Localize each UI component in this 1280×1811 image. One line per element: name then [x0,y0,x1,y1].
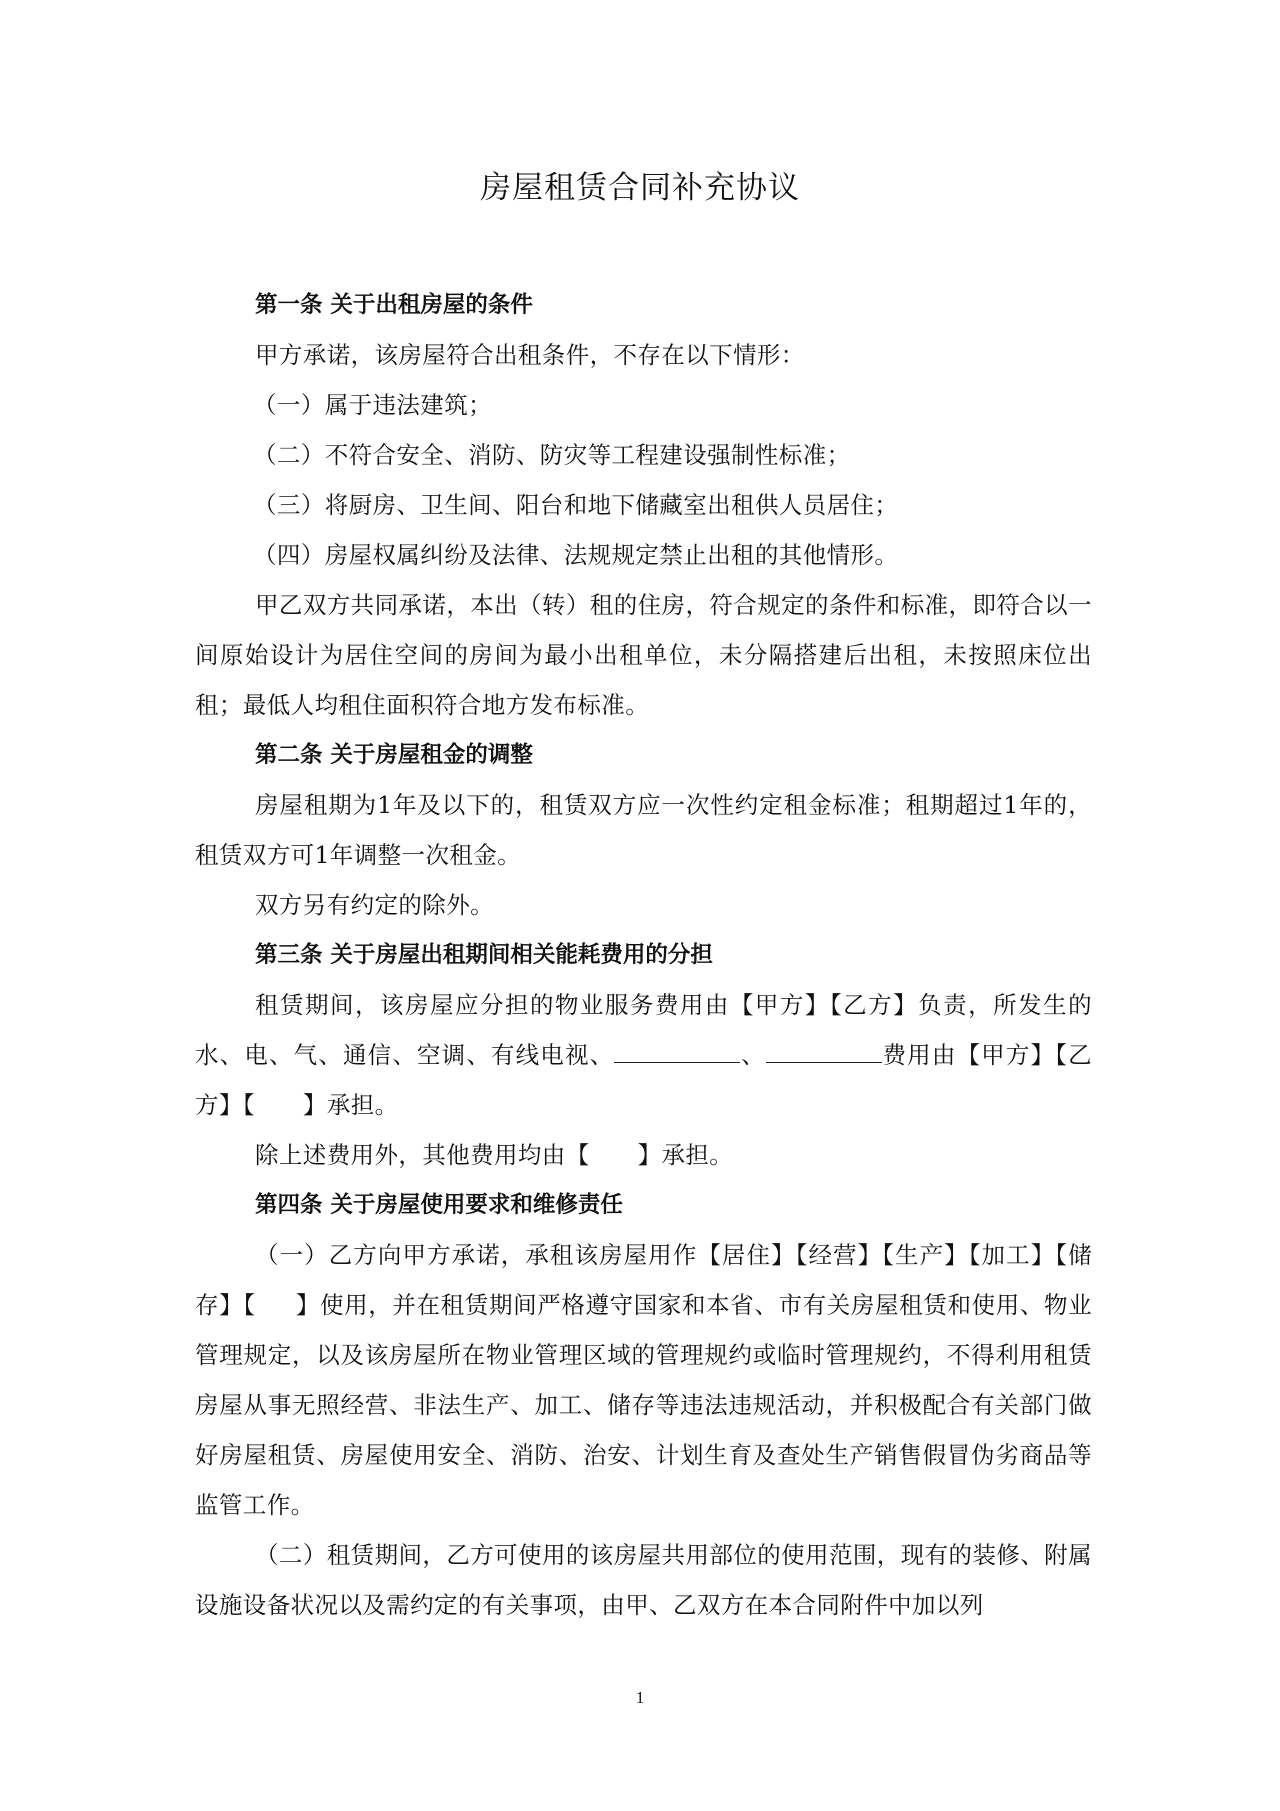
article-3-paragraph: 租赁期间，该房屋应分担的物业服务费用由【甲方】【乙方】负责，所发生的水、电、气、… [195,980,1092,1130]
article-4-heading: 第四条 关于房屋使用要求和维修责任 [195,1180,1092,1230]
document-page: 房屋租赁合同补充协议 第一条 关于出租房屋的条件 甲方承诺，该房屋符合出租条件，… [0,0,1280,1811]
article-4-text: 】使用，并在租赁期间严格遵守国家和本省、市有关房屋租赁和使用、物业管理规定，以及… [195,1291,1092,1519]
article-3-text: 】承担。 [638,1141,734,1169]
article-1-list-item: （三）将厨房、卫生间、阳台和地下储藏室出租供人员居住； [195,480,1092,530]
article-2-paragraph: 双方另有约定的除外。 [195,880,1092,930]
article-2-heading: 第二条 关于房屋租金的调整 [195,730,1092,780]
article-3-text: 除上述费用外，其他费用均由【 [255,1141,590,1169]
article-1-heading: 第一条 关于出租房屋的条件 [195,280,1092,330]
document-title: 房屋租赁合同补充协议 [0,164,1280,212]
fill-in-blank-field[interactable] [614,1040,740,1063]
article-1-paragraph: 甲方承诺，该房屋符合出租条件，不存在以下情形： [195,330,1092,380]
article-2-paragraph: 房屋租期为1年及以下的，租赁双方应一次性约定租金标准；租期超过1年的，租赁双方可… [195,780,1092,880]
article-3-text: 】承担。 [303,1091,399,1119]
article-1-paragraph: 甲乙双方共同承诺，本出（转）租的住房，符合规定的条件和标准，即符合以一间原始设计… [195,580,1092,730]
document-body: 第一条 关于出租房屋的条件 甲方承诺，该房屋符合出租条件，不存在以下情形： （一… [195,280,1092,1630]
separator-text: 、 [740,1041,765,1069]
article-4-paragraph: （一）乙方向甲方承诺，承租该房屋用作【居住】【经营】【生产】【加工】【储存】【】… [195,1230,1092,1530]
article-1-list-item: （四）房屋权属纠纷及法律、法规规定禁止出租的其他情形。 [195,530,1092,580]
article-3-paragraph: 除上述费用外，其他费用均由【】承担。 [195,1130,1092,1180]
article-1-list-item: （一）属于违法建筑； [195,380,1092,430]
article-4-paragraph: （二）租赁期间，乙方可使用的该房屋共用部位的使用范围，现有的装修、附属设施设备状… [195,1530,1092,1630]
page-number: 1 [0,1688,1280,1708]
fill-in-blank-field[interactable] [766,1040,882,1063]
article-3-heading: 第三条 关于房屋出租期间相关能耗费用的分担 [195,930,1092,980]
article-1-list-item: （二）不符合安全、消防、防灾等工程建设强制性标准； [195,430,1092,480]
